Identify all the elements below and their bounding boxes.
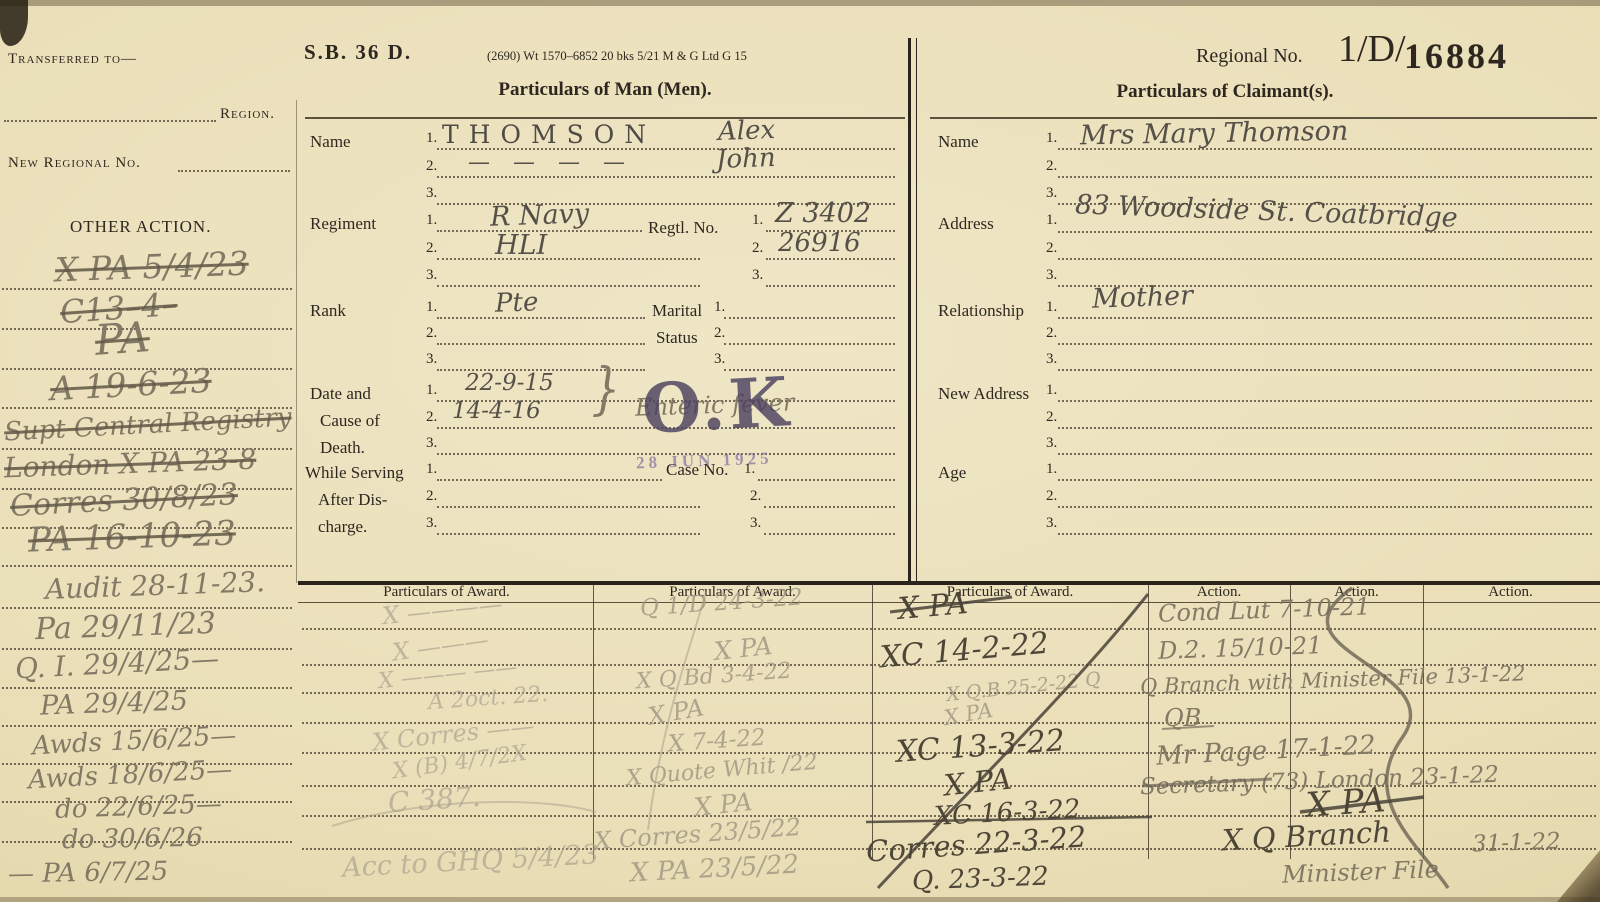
man-regiment-1: R Navy xyxy=(490,200,590,230)
dotted-rule xyxy=(1058,453,1592,455)
man-panel-title: Particulars of Man (Men). xyxy=(300,80,910,99)
dotted-rule xyxy=(764,506,895,508)
region-label: Region. xyxy=(220,107,275,122)
dotted-rule xyxy=(766,258,895,260)
dotted-rule xyxy=(1058,369,1592,371)
dotted-rule xyxy=(4,120,216,122)
award-entry: A 2oct. 22. xyxy=(427,684,549,714)
row-number: 2. xyxy=(426,159,437,174)
row-number: 3. xyxy=(426,352,437,367)
other-action-entry: Q. I. 29/4/25— xyxy=(14,645,219,684)
man-rank-1: Pte xyxy=(495,289,539,316)
row-number: 2. xyxy=(426,241,437,256)
award-col-divider-1 xyxy=(593,583,594,859)
claimant-address-label: Address xyxy=(938,215,994,232)
marital-label: Marital xyxy=(652,302,702,319)
dotted-rule xyxy=(437,506,700,508)
man-forename-2: John xyxy=(716,145,776,173)
man-name-dashes: — — — — xyxy=(468,152,633,174)
award-col-divider-5 xyxy=(1423,583,1424,859)
transferred-to-label: Transferred to— xyxy=(8,52,137,67)
dotted-rule xyxy=(437,343,645,345)
man-regiment-2: HLI xyxy=(495,232,547,259)
man-forename-1: Alex xyxy=(718,117,776,145)
action-entry: QB xyxy=(1164,706,1201,730)
award-entry: Q. 23-3-22 xyxy=(912,864,1050,895)
award-entry: X PA xyxy=(693,789,754,820)
award-entry: XC 13-3-22 xyxy=(895,726,1066,768)
other-action-entry: Audit 28-11-23. xyxy=(45,568,266,604)
regiment-label: Regiment xyxy=(310,215,376,232)
date-stamp: 28 JUN 1925 xyxy=(636,450,773,472)
after-discharge-label-2: charge. xyxy=(318,518,367,535)
action-entry: X Q Branch xyxy=(1221,818,1391,856)
row-number: 3. xyxy=(426,516,437,531)
row-number: 3. xyxy=(426,268,437,283)
other-action-entry: X PA 5/4/23 xyxy=(54,247,249,287)
row-number: 1. xyxy=(426,462,437,477)
death-label-2: Cause of xyxy=(320,412,380,429)
row-number: 3. xyxy=(426,186,437,201)
row-number: 1. xyxy=(1046,300,1057,315)
row-number: 1. xyxy=(426,213,437,228)
marital-status-label: Status xyxy=(656,329,698,346)
form-code: S.B. 36 D. xyxy=(304,42,412,63)
row-number: 3. xyxy=(1046,516,1057,531)
other-action-entry: London X PA 23-8 xyxy=(4,446,257,483)
other-action-entry: Awds 15/6/25— xyxy=(31,723,236,760)
row-number: 1. xyxy=(1046,213,1057,228)
row-number: 2. xyxy=(426,326,437,341)
regional-no-value: 16884 xyxy=(1404,38,1509,74)
claimant-relationship-value: Mother xyxy=(1092,282,1194,313)
other-action-entry: Supt Central Registry xyxy=(4,404,293,445)
dotted-rule xyxy=(758,479,895,481)
record-card: Transferred to— Region. New Regional No.… xyxy=(0,0,1600,902)
dotted-rule xyxy=(724,317,895,319)
man-title-rule xyxy=(305,117,905,119)
row-number: 2. xyxy=(1046,489,1057,504)
dotted-rule xyxy=(764,533,895,535)
man-surname: THOMSON xyxy=(442,122,656,147)
row-number: 3. xyxy=(750,516,761,531)
award-entry: X PA xyxy=(943,700,995,729)
award-entry: C 387. xyxy=(387,783,481,817)
other-action-entry: do 22/6/25— xyxy=(55,791,223,823)
scan-bottom-edge xyxy=(0,897,1600,902)
other-action-entry: PA xyxy=(94,316,152,362)
other-action-entry: — PA 6/7/25 xyxy=(8,859,169,888)
action-entry: 31-1-22 xyxy=(1472,830,1561,856)
dotted-rule xyxy=(766,285,895,287)
claimant-panel-title: Particulars of Claimant(s). xyxy=(935,82,1515,101)
man-regtl-no-2: 26916 xyxy=(778,230,861,256)
row-number: 2. xyxy=(714,326,725,341)
claimant-address-value: 83 Woodside St. Coatbridge xyxy=(1075,191,1458,231)
rank-label: Rank xyxy=(310,302,346,319)
row-number: 3. xyxy=(1046,186,1057,201)
death-date-1: 22-9-15 xyxy=(465,372,554,395)
print-reference: (2690) Wt 1570–6852 20 bks 5/21 M & G Lt… xyxy=(487,50,747,63)
scan-corner-blob xyxy=(0,0,28,46)
award-entry: X PA xyxy=(943,765,1013,801)
row-number: 2. xyxy=(426,489,437,504)
dotted-rule xyxy=(437,285,700,287)
new-regional-no-label: New Regional No. xyxy=(8,156,141,171)
row-number: 3. xyxy=(1046,268,1057,283)
dotted-rule xyxy=(1058,427,1592,429)
row-number: 2. xyxy=(752,241,763,256)
award-entry: XC 14-2-22 xyxy=(879,629,1050,674)
death-label-1: Date and xyxy=(310,385,371,402)
row-number: 1. xyxy=(1046,383,1057,398)
other-action-entry: Pa 29/11/23 xyxy=(35,609,217,645)
action-entry: Minister File xyxy=(1282,857,1440,886)
dotted-rule xyxy=(1058,343,1592,345)
dotted-rule xyxy=(1058,317,1592,319)
award-entry: X PA xyxy=(897,589,969,625)
claimant-name-label: Name xyxy=(938,133,979,150)
death-brace: } xyxy=(592,362,621,418)
dotted-rule xyxy=(178,170,290,172)
dotted-rule xyxy=(1058,533,1592,535)
row-number: 1. xyxy=(1046,131,1057,146)
award-entry: X PA xyxy=(713,633,774,664)
death-date-2: 14-4-16 xyxy=(452,400,541,423)
regtl-no-label: Regtl. No. xyxy=(648,219,718,236)
claimant-name-value: Mrs Mary Thomson xyxy=(1080,118,1349,150)
row-number: 3. xyxy=(1046,352,1057,367)
row-number: 2. xyxy=(750,489,761,504)
regional-no-prefix: 1/D/ xyxy=(1338,30,1406,68)
other-action-title: OTHER ACTION. xyxy=(70,218,211,235)
death-label-3: Death. xyxy=(320,439,365,456)
action-header-3: Action. xyxy=(1423,585,1598,600)
row-number: 2. xyxy=(1046,410,1057,425)
after-discharge-label-1: After Dis- xyxy=(318,491,387,508)
while-serving-label: While Serving xyxy=(305,464,404,481)
dotted-rule xyxy=(437,258,700,260)
claimant-age-label: Age xyxy=(938,464,966,481)
dotted-rule xyxy=(1058,400,1592,402)
dotted-rule xyxy=(1058,479,1592,481)
action-entry: Cond Lut 7-10-21 xyxy=(1158,594,1371,625)
row-number: 3. xyxy=(752,268,763,283)
row-number: 1. xyxy=(1046,462,1057,477)
award-col-divider-2 xyxy=(872,583,873,859)
claimant-new-address-label: New Address xyxy=(938,385,1029,402)
other-action-entry: do 30/6/26 xyxy=(62,825,203,853)
dotted-rule xyxy=(1058,176,1592,178)
award-entry: X Q.B 25-2-22 Q xyxy=(945,670,1101,705)
row-number: 2. xyxy=(1046,241,1057,256)
name-label: Name xyxy=(310,133,351,150)
dotted-rule xyxy=(1058,506,1592,508)
panel-divider xyxy=(908,38,917,583)
card-left-rule xyxy=(296,100,297,583)
award-entry: Corres 22-3-22 xyxy=(865,822,1087,866)
row-number: 2. xyxy=(1046,159,1057,174)
dotted-rule xyxy=(302,628,1596,630)
dotted-rule xyxy=(437,176,895,178)
dotted-rule xyxy=(724,343,895,345)
row-number: 3. xyxy=(1046,436,1057,451)
dotted-rule xyxy=(437,317,645,319)
row-number: 3. xyxy=(426,436,437,451)
dotted-rule xyxy=(1058,258,1592,260)
man-regtl-no-1: Z 3402 xyxy=(775,200,871,227)
row-number: 1. xyxy=(714,300,725,315)
regional-no-label: Regional No. xyxy=(1196,46,1303,66)
other-action-entry: PA 16-10-23 xyxy=(27,516,236,557)
row-number: 1. xyxy=(752,213,763,228)
dotted-rule xyxy=(1058,231,1592,233)
award-entry: X PA 23/5/22 xyxy=(629,852,799,887)
row-number: 2. xyxy=(426,410,437,425)
row-number: 1. xyxy=(426,383,437,398)
scan-top-edge xyxy=(0,0,1600,6)
row-number: 1. xyxy=(426,131,437,146)
claimant-relationship-label: Relationship xyxy=(938,302,1024,319)
action-entry: D.2. 15/10-21 xyxy=(1158,633,1323,663)
award-col-divider-4 xyxy=(1290,583,1291,859)
other-action-entry: PA 29/4/25 xyxy=(40,687,189,719)
row-number: 1. xyxy=(426,300,437,315)
dotted-rule xyxy=(437,479,662,481)
dotted-rule xyxy=(437,533,700,535)
ok-stamp: O.K xyxy=(640,368,793,444)
row-number: 2. xyxy=(1046,326,1057,341)
other-action-entry: A 19-6-23 xyxy=(49,364,212,405)
award-col-divider-3 xyxy=(1148,583,1149,859)
action-entry: Mr Page 17-1-22 xyxy=(1155,732,1376,769)
